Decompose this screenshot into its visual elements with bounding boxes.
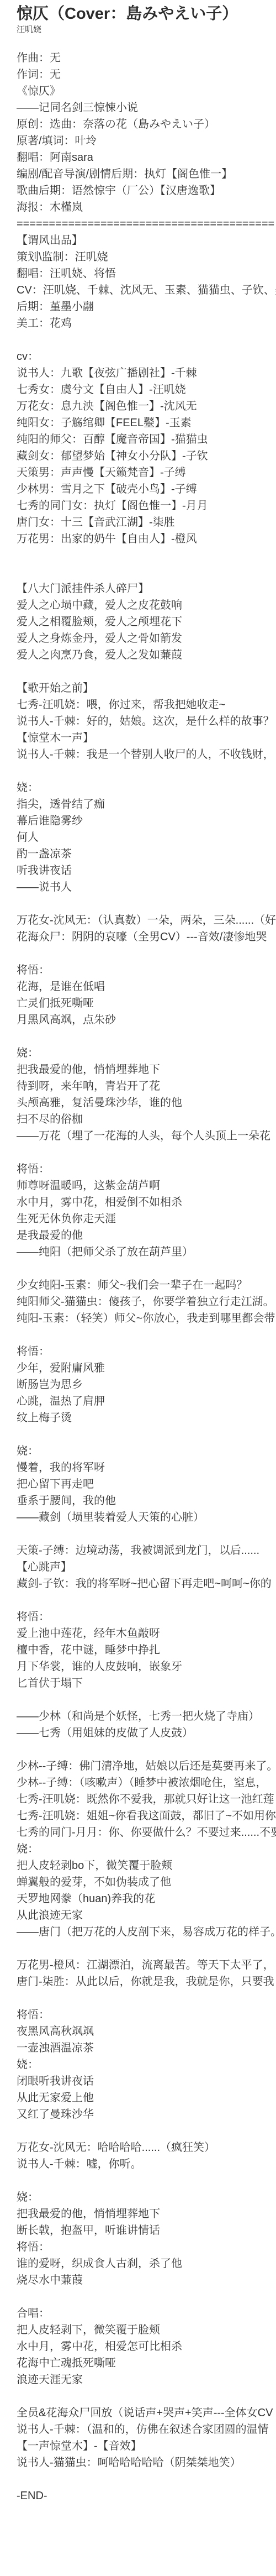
text-line: 何人 [17,829,276,846]
text-line: 蝉翼般的爱芽，不如伪装成了他 [17,1874,276,1891]
text-line: 将悟： [17,962,276,978]
text-line: 酌一盏凉茶 [17,846,276,862]
text-line: 说书人-千棘：我是一个替别人收尸的人，不收钱财， [17,746,276,763]
text-line: 说书人-千棘：嘘，你听。 [17,2156,276,2172]
text-line: 匕首伏于塌下 [17,1675,276,1692]
text-line: 后期：堇墨小翮 [17,299,276,315]
text-line: 万花男-橙风：江湖漂泊，流离最苦。等天下太平了， [17,1957,276,1973]
text-line: 说书人-千棘：（温和的，仿佛在叙述合家团圆的温情 [17,2421,276,2438]
text-line: 七秀-汪叽娆：姐姐~你看我这面鼓，都旧了~不如用你 [17,1808,276,1824]
text-line: 断长戟，抱盔甲，听谁讲情话 [17,2222,276,2239]
text-line: 策划\监制：汪叽娆 [17,249,276,265]
text-line: 檀中香，花中谜，睡梦中挣扎 [17,1642,276,1658]
text-line: 花海中亡魂抵死嘶哑 [17,2355,276,2371]
text-line: ——七秀（用姐妹的皮做了人皮鼓） [17,1725,276,1741]
text-line: 藏剑女：郁望梦始【神女小分队】-子钦 [17,448,276,464]
text-line: ======================================== [17,216,276,232]
text-line: 慢着，我的将军呀 [17,1459,276,1476]
text-line: 纹上梅子烫 [17,1410,276,1426]
text-line [17,1692,276,1708]
text-line: 谁的爱呀，织成食人古刹，杀了他 [17,2255,276,2272]
text-line: 天罗地网豢（huan)养我的花 [17,1891,276,1907]
text-line: 幕后谁隐雾纱 [17,813,276,829]
text-line: 【歌开始之前】 [17,680,276,697]
text-line: ——纯阳（把师父杀了放在葫芦里） [17,1244,276,1260]
text-line: 美工：花鸡 [17,315,276,332]
text-line: 《惊仄》 [17,83,276,100]
text-line: 水中月，雾中花，相爱怎可比相杀 [17,2338,276,2355]
text-line: 指尖，透骨结了痂 [17,796,276,813]
text-line: 娆： [17,1841,276,1857]
text-line [17,564,276,580]
text-line: 待到呀，来年呐，青岩开了花 [17,1078,276,1095]
text-line: 烧尽水中蒹葭 [17,2272,276,2289]
text-line [17,1327,276,1343]
text-line: 将悟： [17,2239,276,2255]
text-line [17,2172,276,2189]
text-line: 少女纯阳-玉素：师父~我们会一辈子在一起吗？ [17,1277,276,1294]
text-line [17,1028,276,1045]
text-line: 爱人之肉烹乃食，爱人之发如蒹葭 [17,647,276,663]
text-line: 编剧/配音导演/剧情后期：执灯【阁色惟一】 [17,166,276,182]
text-line: 月下华裳，谁的人皮鼓响，嵌象牙 [17,1658,276,1675]
text-line: 娆： [17,2189,276,2206]
text-line: 娆： [17,1443,276,1459]
text-line: 垂系于腰间，我的他 [17,1493,276,1509]
text-line: 纯阳的师父：百醇【魔音帝国】-猫猫虫 [17,431,276,448]
text-line: 爱人之身炼金丹，爱人之骨如箭发 [17,630,276,647]
text-line: 将悟： [17,2007,276,2023]
text-line: 【心跳声】 [17,1559,276,1575]
text-line: 【惊堂木一声】 [17,730,276,746]
text-line: 浪迹天涯无家 [17,2371,276,2388]
text-line: 少林男：雪月之下【破壳小鸟】-子缚 [17,481,276,498]
text-line: ——记同名剑三惊悚小说 [17,100,276,116]
text-line: 闭眼听我讲夜话 [17,2073,276,2090]
text-line: cv： [17,348,276,365]
text-line [17,2123,276,2139]
text-line [17,1526,276,1542]
text-line [17,1426,276,1443]
text-line: ——少林（和尚是个妖怪，七秀一把火烧了寺庙） [17,1708,276,1725]
text-line [17,1990,276,2007]
text-line: 夜黑风高秋飒飒 [17,2023,276,2040]
text-line: 从此浪迹无家 [17,1907,276,1924]
text-line: ——万花（埋了一花海的人头，每个人头顶上一朵花 [17,1128,276,1144]
text-line: 头颅高雅，复活曼珠沙华，谁的他 [17,1095,276,1111]
text-line: 纯阳-玉素：（轻笑）师父~你放心，我走到哪里都会带 [17,1310,276,1327]
text-line: 说书人-猫猫虫：呵哈哈哈哈哈（阴桀桀地笑） [17,2454,276,2471]
text-line: 万花女-沈风无：（认真数）一朵，两朵，三朵......（好 [17,912,276,929]
text-line: 把人皮轻剥下，微笑覆于脸颊 [17,2322,276,2338]
text-line: 翻唱：汪叽娆、将悟 [17,265,276,282]
text-line: 将悟： [17,1343,276,1360]
text-line: 【八大门派挂件杀人碎尸】 [17,580,276,597]
text-line [17,547,276,564]
text-line: 月黑风高飒，点朱砂 [17,1012,276,1028]
text-line: 歌曲后期：语然惊宇（厂公）【汉唐逸歌】 [17,182,276,199]
text-line: 万花女-沈风无：哈哈哈哈......（疯狂笑） [17,2139,276,2156]
text-line: 把心留下再走吧 [17,1476,276,1493]
text-line [17,1260,276,1277]
text-line: 七秀的同门-月月：你、你要做什么？不要过来......不要 [17,1824,276,1841]
text-line [17,2289,276,2305]
text-line: 唐门女：十三【音武江湖】-柒胜 [17,514,276,531]
text-line: 合唱： [17,2305,276,2322]
text-line: 爱人之心埙中藏，爱人之皮花鼓响 [17,597,276,614]
lyrics-document: 惊仄（Cover：島みやえい子） 汪叽娆 作曲：无作词：无《惊仄》——记同名剑三… [0,0,276,2504]
text-line [17,945,276,962]
text-line: 将悟： [17,1609,276,1625]
text-line: 天策-子缚：边境动荡，我被调派到龙门，以后...... [17,1542,276,1559]
text-line: 花海，是谁在低唱 [17,978,276,995]
text-line: 天策男：声声慢【天籁梵音】-子缚 [17,464,276,481]
text-line: 万花女：息九泱【阁色惟一】-沈风无 [17,398,276,415]
text-line: 把我最爱的他，悄悄埋葬地下 [17,1061,276,1078]
text-line [17,1592,276,1609]
text-line: 少年，爱附庸风雅 [17,1360,276,1376]
text-line [17,663,276,680]
text-line [17,332,276,348]
text-line: 把我最爱的他，悄悄埋葬地下 [17,2206,276,2222]
text-line: 娆： [17,1045,276,1061]
page-title: 惊仄（Cover：島みやえい子） [17,3,276,24]
text-line: 七秀-汪叽娆：喂，你过来，帮我把她收走~ [17,697,276,713]
text-line: 纯阳师父-猫猫虫：傻孩子，你要学着独立行走江湖。 [17,1294,276,1310]
text-line [17,2388,276,2405]
text-line: 作曲：无 [17,50,276,66]
text-line: 【谓风出品】 [17,232,276,249]
text-line: ——说书人 [17,879,276,896]
text-line: 水中月，雾中花，相爱倒不如相杀 [17,1194,276,1211]
text-line [17,1940,276,1957]
text-line: 全员&花海众尸回放（说话声+哭声+笑声---全体女CV [17,2405,276,2421]
text-line: 将悟： [17,1161,276,1177]
text-line: 心跳，温热了肩胛 [17,1393,276,1410]
text-line [17,2471,276,2488]
text-line: 七秀的同门女：执灯【阁色惟一】-月月 [17,498,276,514]
text-line: -END- [17,2488,276,2504]
text-line: 说书人-千棘：好的，姑娘。这次，是什么样的故事？ [17,713,276,730]
text-line: 又红了曼珠沙华 [17,2106,276,2123]
text-line: 纯阳女：子觞绾卿【FEEL鼞】-玉素 [17,415,276,431]
artist-name: 汪叽娆 [17,24,276,35]
text-line [17,896,276,912]
text-line: 七秀-汪叽娆：既然你不爱我，那就只好让这一池红莲 [17,1791,276,1808]
text-line: 花海众尸：阴阴的哀嚎（全男CV）---音效/凄惨地哭 [17,929,276,945]
text-line: 原创：选曲：奈落の花（島みやえい子） [17,116,276,133]
text-line: 藏剑-子钦：我的将军呀~把心留下再走吧~呵呵~你的 [17,1575,276,1592]
text-line [17,1741,276,1758]
text-line: 师尊呀温暖吗，这紫金葫芦啊 [17,1177,276,1194]
text-line: 唐门-柒胜：从此以后，你就是我，我就是你，只要我 [17,1973,276,1990]
text-line: 作词：无 [17,66,276,83]
text-line: 少林--子缚：佛门清净地，姑娘以后还是莫要再来了。 [17,1758,276,1774]
text-line: 七秀女：虞兮文【自由人】-汪叽娆 [17,381,276,398]
text-line: 是我最爱的他 [17,1227,276,1244]
text-line: 从此无家爱上他 [17,2090,276,2106]
text-line: ——藏剑（埙里装着爱人天策的心脏） [17,1509,276,1526]
text-line: 一壶浊酒温凉茶 [17,2040,276,2056]
text-line: 说书人：九歌【夜弦广播剧社】-千棘 [17,365,276,381]
text-line: 原著/填词：叶坽 [17,133,276,149]
text-line: CV：汪叽娆、千棘、沈风无、玉素、猫猫虫、子钦、美 [17,282,276,299]
text-line [17,1144,276,1161]
text-line [17,763,276,779]
text-line: 娆： [17,2056,276,2073]
text-line: 爱上池中莲花，经年木鱼敲呀 [17,1625,276,1642]
text-line: 亡灵们抵死嘶哑 [17,995,276,1012]
text-line: 生死无休负你走天涯 [17,1211,276,1227]
text-line: 把人皮轻剥bo下，微笑覆于脸颊 [17,1857,276,1874]
text-line: 【一声惊堂木】-【音效】 [17,2438,276,2454]
text-line: 翻唱：阿南sara [17,149,276,166]
text-line: 扫不尽的俗枷 [17,1111,276,1128]
text-line: 万花男：出家的奶牛【自由人】-橙风 [17,531,276,547]
text-line: 断肠岂为思乡 [17,1376,276,1393]
text-line: ——唐门（把万花的人皮剖下来，易容成万花的样子。 [17,1924,276,1940]
lyrics-lines: 作曲：无作词：无《惊仄》——记同名剑三惊悚小说原创：选曲：奈落の花（島みやえい子… [17,50,276,2504]
text-line: 海报：木槿岚 [17,199,276,216]
text-line: 少林--子缚：（咳嗽声）（睡梦中被浓烟呛住，窒息， [17,1774,276,1791]
text-line: 娆： [17,779,276,796]
text-line: 爱人之相覆脸颊，爱人之颅埋花下 [17,614,276,630]
text-line: 听我讲夜话 [17,862,276,879]
